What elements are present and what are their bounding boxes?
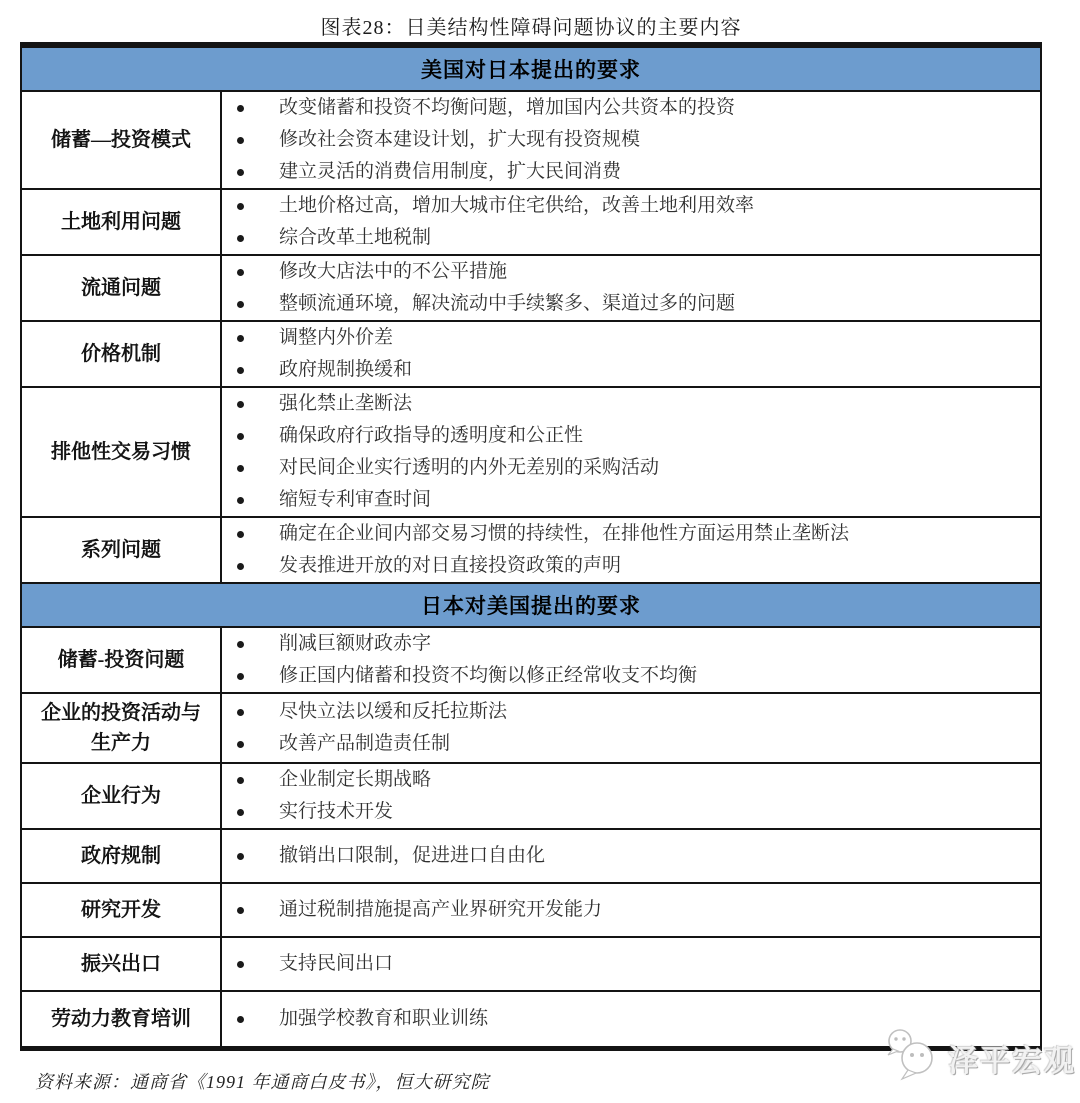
bullet-item: 改善产品制造责任制: [222, 728, 1040, 760]
table-row: 价格机制调整内外价差政府规制换缓和: [22, 322, 1040, 388]
row-content: 企业制定长期战略实行技术开发: [222, 764, 1040, 828]
bullet-item: 修正国内储蓄和投资不均衡以修正经常收支不均衡: [222, 660, 1040, 692]
bullet-item: 削减巨额财政赤字: [222, 628, 1040, 660]
bullet-item: 缩短专利审查时间: [222, 484, 1040, 516]
row-content: 尽快立法以缓和反托拉斯法改善产品制造责任制: [222, 694, 1040, 762]
row-content: 削减巨额财政赤字修正国内储蓄和投资不均衡以修正经常收支不均衡: [222, 628, 1040, 692]
row-content: 强化禁止垄断法确保政府行政指导的透明度和公正性对民间企业实行透明的内外无差别的采…: [222, 388, 1040, 516]
bullet-item: 整顿流通环境，解决流动中手续繁多、渠道过多的问题: [222, 288, 1040, 320]
bullet-list: 削减巨额财政赤字修正国内储蓄和投资不均衡以修正经常收支不均衡: [222, 628, 1040, 692]
bullet-list: 支持民间出口: [222, 948, 1040, 980]
bullet-item: 综合改革土地税制: [222, 222, 1040, 254]
wechat-icon: [884, 1028, 942, 1087]
row-content: 通过税制措施提高产业界研究开发能力: [222, 884, 1040, 936]
row-category-label: 振兴出口: [22, 938, 222, 990]
bullet-item: 改变储蓄和投资不均衡问题，增加国内公共资本的投资: [222, 92, 1040, 124]
row-category-label: 储蓄-投资问题: [22, 628, 222, 692]
table-row: 排他性交易习惯强化禁止垄断法确保政府行政指导的透明度和公正性对民间企业实行透明的…: [22, 388, 1040, 518]
row-content: 修改大店法中的不公平措施整顿流通环境，解决流动中手续繁多、渠道过多的问题: [222, 256, 1040, 320]
bullet-item: 尽快立法以缓和反托拉斯法: [222, 696, 1040, 728]
bullet-item: 发表推进开放的对日直接投资政策的声明: [222, 550, 1040, 582]
bullet-item: 对民间企业实行透明的内外无差别的采购活动: [222, 452, 1040, 484]
row-category-label: 劳动力教育培训: [22, 992, 222, 1046]
bullet-item: 确保政府行政指导的透明度和公正性: [222, 420, 1040, 452]
row-category-label: 企业行为: [22, 764, 222, 828]
row-content: 确定在企业间内部交易习惯的持续性，在排他性方面运用禁止垄断法发表推进开放的对日直…: [222, 518, 1040, 582]
row-category-label: 企业的投资活动与生产力: [22, 694, 222, 762]
bullet-item: 通过税制措施提高产业界研究开发能力: [222, 894, 1040, 926]
row-category-label: 政府规制: [22, 830, 222, 882]
bullet-list: 调整内外价差政府规制换缓和: [222, 322, 1040, 386]
bullet-list: 改变储蓄和投资不均衡问题，增加国内公共资本的投资修改社会资本建设计划，扩大现有投…: [222, 92, 1040, 188]
bullet-item: 强化禁止垄断法: [222, 388, 1040, 420]
bullet-item: 调整内外价差: [222, 322, 1040, 354]
bullet-list: 尽快立法以缓和反托拉斯法改善产品制造责任制: [222, 696, 1040, 760]
figure-title: 图表28：日美结构性障碍问题协议的主要内容: [0, 11, 1062, 40]
table-row: 政府规制撤销出口限制，促进进口自由化: [22, 830, 1040, 884]
bullet-item: 土地价格过高，增加大城市住宅供给，改善土地利用效率: [222, 190, 1040, 222]
row-category-label: 储蓄—投资模式: [22, 92, 222, 188]
source-note: 资料来源：通商省《1991 年通商白皮书》，恒大研究院: [35, 1068, 490, 1094]
bullet-item: 确定在企业间内部交易习惯的持续性，在排他性方面运用禁止垄断法: [222, 518, 1040, 550]
bullet-list: 撤销出口限制，促进进口自由化: [222, 840, 1040, 872]
bullet-item: 修改大店法中的不公平措施: [222, 256, 1040, 288]
bullet-item: 实行技术开发: [222, 796, 1040, 828]
bullet-list: 确定在企业间内部交易习惯的持续性，在排他性方面运用禁止垄断法发表推进开放的对日直…: [222, 518, 1040, 582]
row-category-label: 价格机制: [22, 322, 222, 386]
row-content: 支持民间出口: [222, 938, 1040, 990]
watermark-text: 泽平宏观: [948, 1036, 1076, 1080]
row-content: 调整内外价差政府规制换缓和: [222, 322, 1040, 386]
row-category-label: 排他性交易习惯: [22, 388, 222, 516]
bullet-item: 撤销出口限制，促进进口自由化: [222, 840, 1040, 872]
row-content: 土地价格过高，增加大城市住宅供给，改善土地利用效率综合改革土地税制: [222, 190, 1040, 254]
table-row: 系列问题确定在企业间内部交易习惯的持续性，在排他性方面运用禁止垄断法发表推进开放…: [22, 518, 1040, 584]
bullet-item: 建立灵活的消费信用制度，扩大民间消费: [222, 156, 1040, 188]
table-row: 振兴出口支持民间出口: [22, 938, 1040, 992]
table-row: 储蓄-投资问题削减巨额财政赤字修正国内储蓄和投资不均衡以修正经常收支不均衡: [22, 628, 1040, 694]
row-category-label: 土地利用问题: [22, 190, 222, 254]
section-header: 日本对美国提出的要求: [22, 584, 1040, 628]
row-category-label: 研究开发: [22, 884, 222, 936]
bullet-list: 通过税制措施提高产业界研究开发能力: [222, 894, 1040, 926]
row-content: 改变储蓄和投资不均衡问题，增加国内公共资本的投资修改社会资本建设计划，扩大现有投…: [222, 92, 1040, 188]
table-row: 企业行为企业制定长期战略实行技术开发: [22, 764, 1040, 830]
bullet-item: 修改社会资本建设计划，扩大现有投资规模: [222, 124, 1040, 156]
spii-table: 美国对日本提出的要求储蓄—投资模式改变储蓄和投资不均衡问题，增加国内公共资本的投…: [20, 42, 1042, 1051]
bullet-item: 政府规制换缓和: [222, 354, 1040, 386]
row-category-label: 流通问题: [22, 256, 222, 320]
watermark: 泽平宏观: [884, 1028, 1076, 1087]
table-row: 研究开发通过税制措施提高产业界研究开发能力: [22, 884, 1040, 938]
table-row: 企业的投资活动与生产力尽快立法以缓和反托拉斯法改善产品制造责任制: [22, 694, 1040, 764]
bullet-list: 企业制定长期战略实行技术开发: [222, 764, 1040, 828]
table-row: 土地利用问题土地价格过高，增加大城市住宅供给，改善土地利用效率综合改革土地税制: [22, 190, 1040, 256]
row-content: 撤销出口限制，促进进口自由化: [222, 830, 1040, 882]
row-category-label: 系列问题: [22, 518, 222, 582]
table-row: 储蓄—投资模式改变储蓄和投资不均衡问题，增加国内公共资本的投资修改社会资本建设计…: [22, 92, 1040, 190]
bullet-item: 企业制定长期战略: [222, 764, 1040, 796]
section-header: 美国对日本提出的要求: [22, 48, 1040, 92]
report-page: 图表28：日美结构性障碍问题协议的主要内容 美国对日本提出的要求储蓄—投资模式改…: [0, 0, 1080, 1103]
bullet-list: 土地价格过高，增加大城市住宅供给，改善土地利用效率综合改革土地税制: [222, 190, 1040, 254]
table-row: 流通问题修改大店法中的不公平措施整顿流通环境，解决流动中手续繁多、渠道过多的问题: [22, 256, 1040, 322]
bullet-item: 支持民间出口: [222, 948, 1040, 980]
bullet-list: 修改大店法中的不公平措施整顿流通环境，解决流动中手续繁多、渠道过多的问题: [222, 256, 1040, 320]
bullet-list: 强化禁止垄断法确保政府行政指导的透明度和公正性对民间企业实行透明的内外无差别的采…: [222, 388, 1040, 516]
